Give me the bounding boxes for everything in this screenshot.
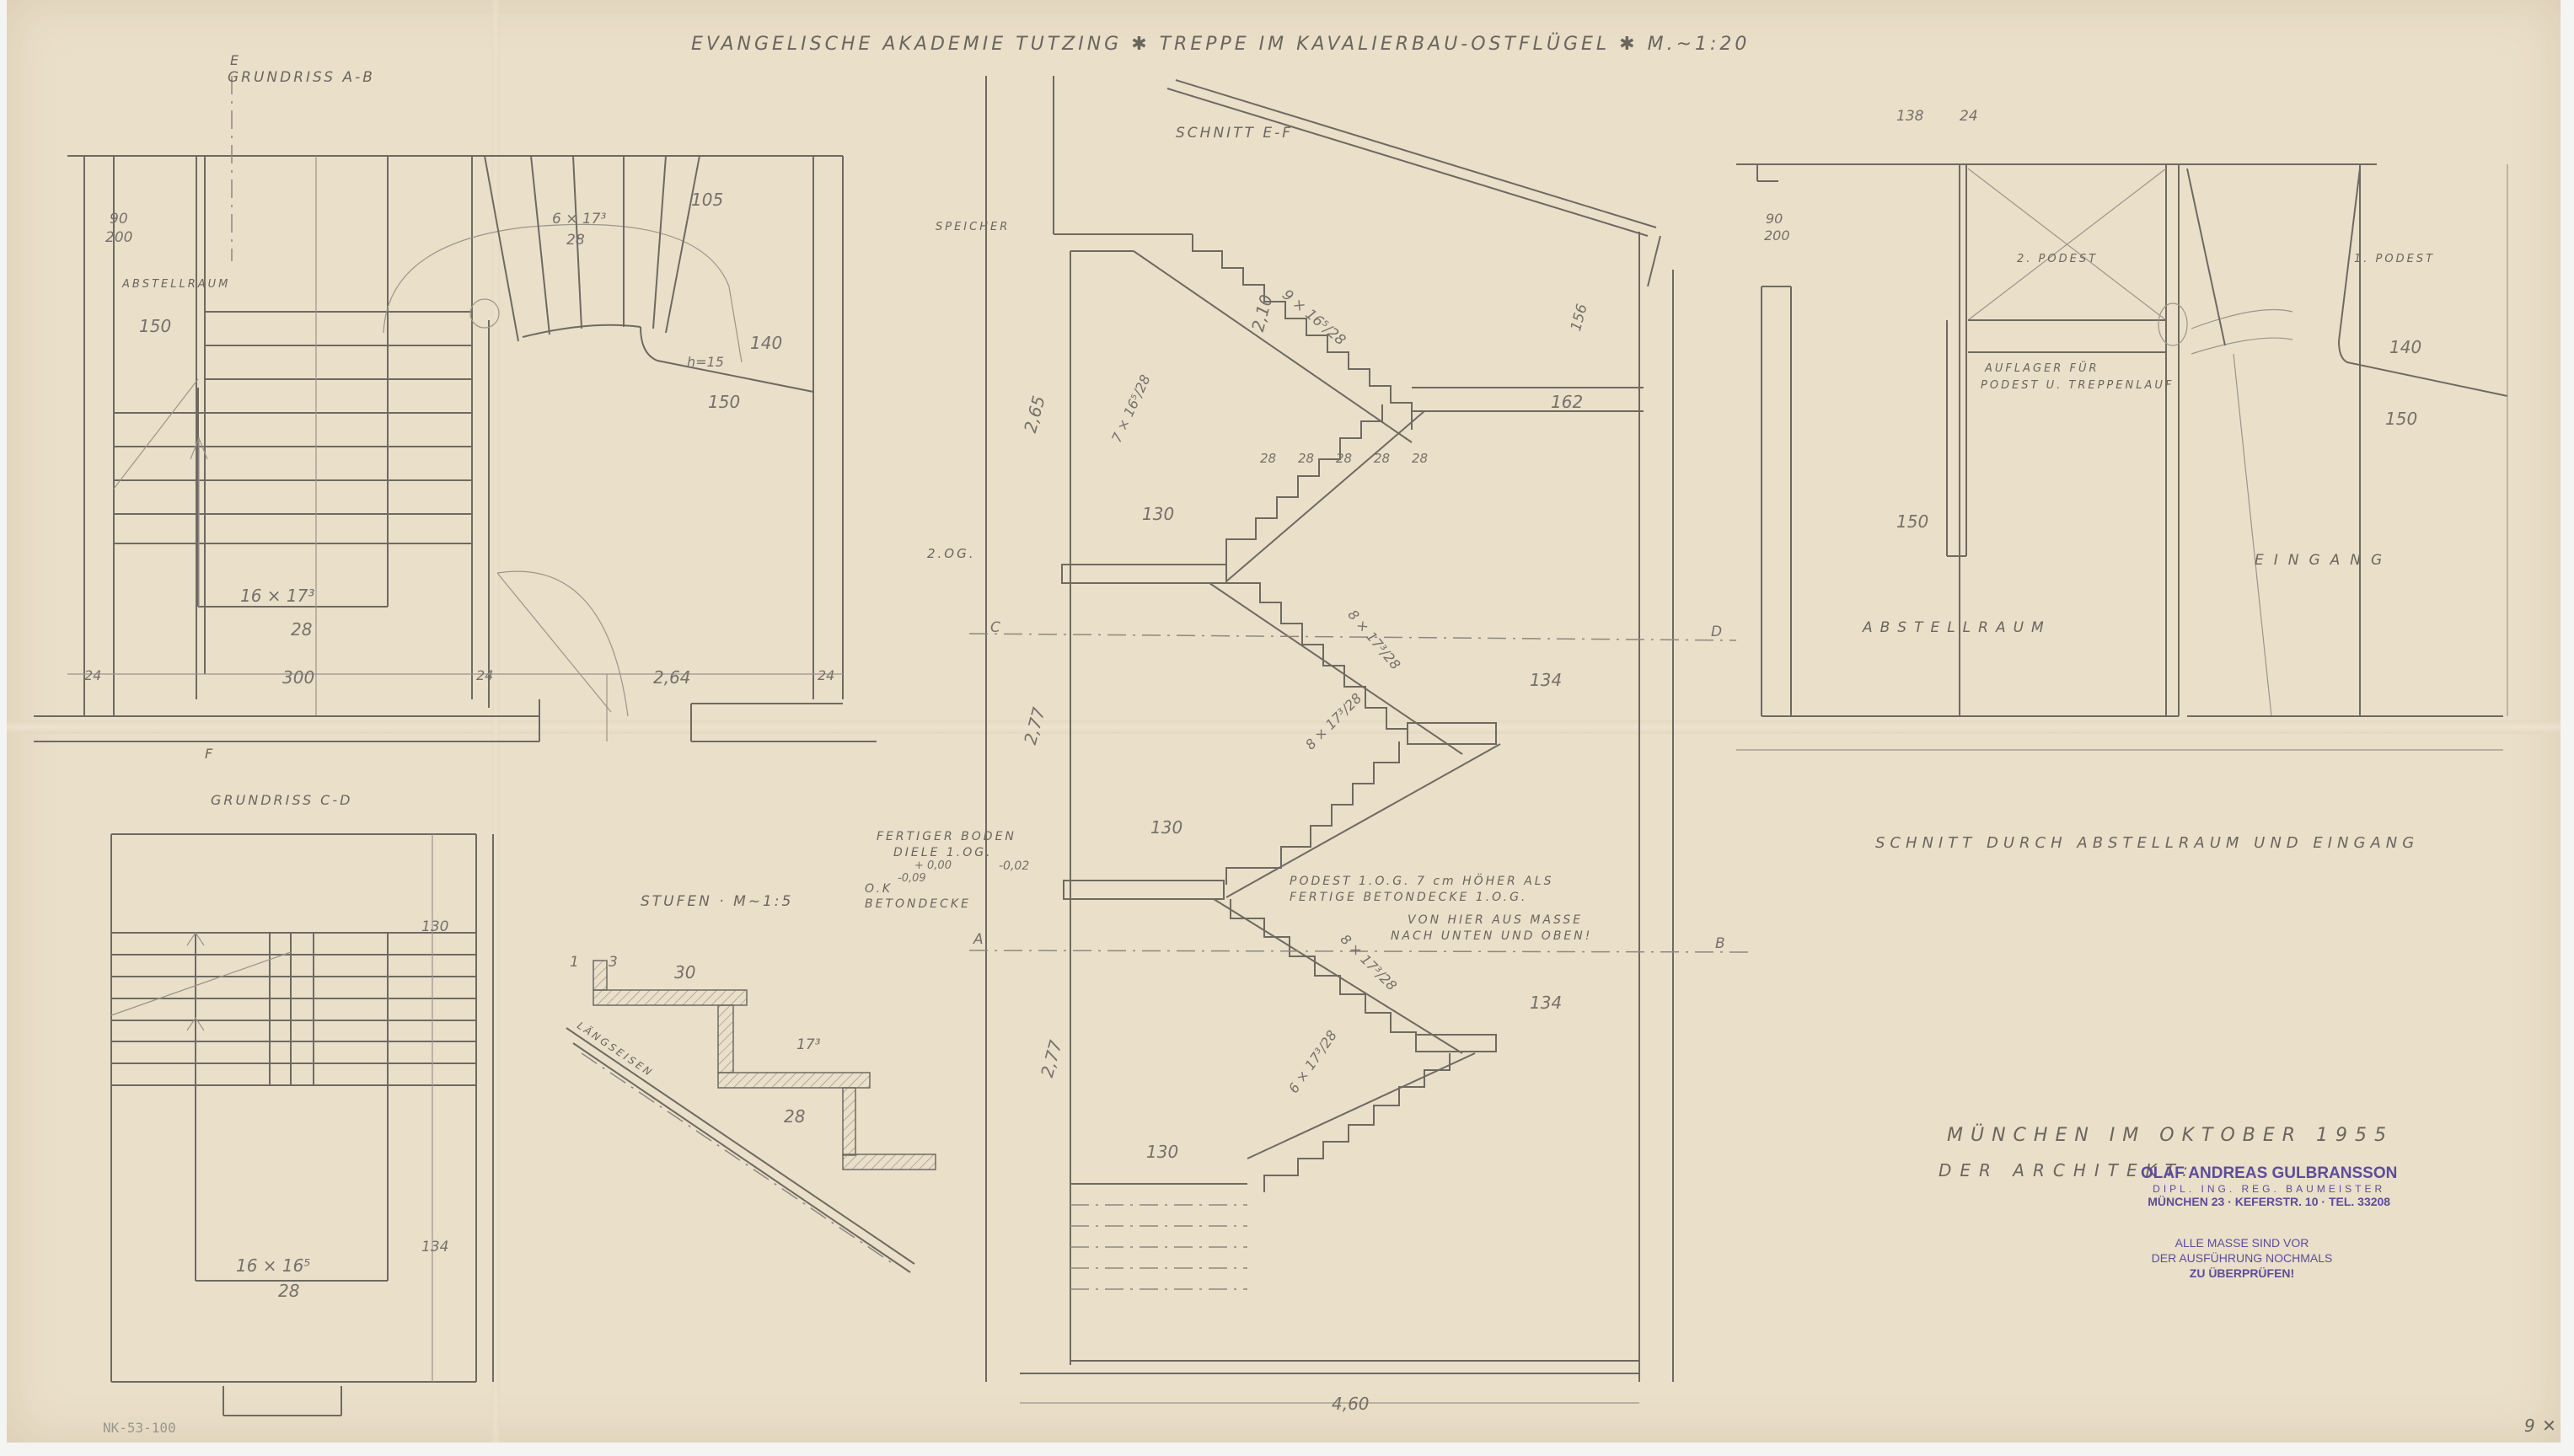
dim-138: 138 (1896, 108, 1923, 125)
dim-130-c: 130 (1146, 1142, 1178, 1162)
dim-300: 300 (282, 667, 314, 688)
dim-28-c: 28 (1336, 451, 1352, 466)
dim-h15: h=15 (687, 354, 724, 370)
view-label-stufen: STUFEN · M~1:5 (641, 893, 793, 910)
section-marker-a: A (973, 931, 984, 948)
auflager-note-2: PODEST U. TREPPENLAUF (1981, 379, 2174, 392)
stamp-architect-address: MÜNCHEN 23 · KEFERSTR. 10 · TEL. 33208 (2141, 1195, 2397, 1208)
notice-line-3: ZU ÜBERPRÜFEN! (2137, 1266, 2347, 1281)
notice-line-1: ALLE MASSE SIND VOR (2137, 1235, 2347, 1250)
dim-90: 90 (110, 211, 128, 227)
dim-130-b: 130 (1150, 817, 1182, 838)
view-label-schnitt-ef: SCHNITT E-F (1176, 125, 1293, 142)
notice-stamp: ALLE MASSE SIND VOR DER AUSFÜHRUNG NOCHM… (2137, 1235, 2347, 1281)
dim-28-e: 28 (1412, 451, 1428, 466)
dim-150-r1: 150 (2385, 409, 2417, 429)
level-minus-009: -0,09 (898, 872, 926, 885)
dim-28-a: 28 (1260, 451, 1276, 466)
floor-note-1: FERTIGER BODEN (877, 830, 1016, 843)
dim-460: 4,60 (1332, 1394, 1370, 1414)
stair-note-cd: 16 × 16⁵ (236, 1255, 310, 1276)
section-marker-b: B (1715, 935, 1725, 952)
dim-30: 30 (674, 962, 695, 982)
section-marker-c: C (990, 619, 1000, 636)
dim-200-r: 200 (1764, 227, 1790, 244)
stamp-architect-title: DIPL. ING. REG. BAUMEISTER (2141, 1183, 2397, 1195)
dim-150-right: 150 (708, 392, 740, 412)
drawing-title: EVANGELISCHE AKADEMIE TUTZING ✱ TREPPE I… (691, 34, 1750, 55)
dim-130-cd: 130 (421, 918, 448, 935)
winder-tread: 28 (566, 232, 585, 249)
room-label-abstellraum-2: ABSTELLRAUM (1863, 619, 2051, 636)
place-date: MÜNCHEN IM OKTOBER 1955 (1947, 1125, 2394, 1146)
schnitt-ef-section (969, 76, 1753, 1403)
label-2-podest: 2. PODEST (2017, 253, 2098, 265)
section-marker-f: F (205, 746, 215, 762)
stufen-detail (566, 961, 936, 1272)
section-marker-e: E (230, 52, 241, 68)
dim-28-b: 28 (1298, 451, 1314, 466)
dim-28-d: 28 (1374, 451, 1390, 466)
corner-mark: 9 ✕ (2524, 1416, 2557, 1436)
room-label-abstellraum: ABSTELLRAUM (122, 278, 230, 291)
dim-150-r2: 150 (1896, 511, 1928, 532)
dim-1: 1 (570, 954, 579, 971)
level-speicher: SPEICHER (936, 221, 1010, 233)
view-label-grundriss-ab: GRUNDRISS A-B (228, 69, 375, 86)
podest-note-1: PODEST 1.O.G. 7 cm HÖHER ALS (1290, 875, 1554, 888)
floor-note-2: DIELE 1.OG. (893, 846, 993, 859)
dim-3: 3 (609, 954, 618, 971)
dim-264: 2,64 (653, 667, 691, 688)
podest-note-2: FERTIGE BETONDECKE 1.O.G. (1290, 891, 1527, 904)
dim-24-a: 24 (84, 667, 101, 683)
view-label-grundriss-cd: GRUNDRISS C-D (211, 792, 352, 808)
room-label-eingang: EINGANG (2255, 552, 2392, 569)
stair-tread-cd: 28 (278, 1281, 299, 1301)
dim-162: 162 (1551, 392, 1583, 412)
dim-134-cd: 134 (421, 1239, 448, 1255)
section-marker-d: D (1711, 624, 1722, 640)
stair-note-ab: 16 × 17³ (240, 586, 314, 606)
level-plus-000: + 0,00 (914, 859, 952, 872)
view-label-schnitt-abstellraum: SCHNITT DURCH ABSTELLRAUM UND EINGANG (1875, 834, 2419, 852)
level-2og: 2.OG. (927, 546, 976, 561)
dim-24-top-a: 24 (1960, 108, 1978, 125)
dim-130-a: 130 (1142, 504, 1174, 524)
dim-24-c: 24 (818, 667, 834, 683)
dim-173: 17³ (796, 1036, 820, 1053)
winder-note: 6 × 17³ (552, 211, 606, 227)
dim-105: 105 (691, 190, 723, 210)
dim-134-a: 134 (1530, 670, 1562, 690)
archive-mark: NK-53-100 (103, 1420, 176, 1436)
dim-24-b: 24 (476, 667, 493, 683)
dim-140-r: 140 (2389, 337, 2421, 357)
dim-134-b: 134 (1530, 993, 1562, 1013)
dim-140: 140 (750, 333, 782, 353)
stair-tread-ab: 28 (291, 619, 312, 640)
podest-note-3: VON HIER AUS MASSE (1408, 913, 1583, 927)
level-minus-002: -0,02 (999, 859, 1029, 873)
grundriss-ab-plan (34, 76, 877, 741)
dim-150-left: 150 (139, 316, 171, 336)
dim-90-r: 90 (1766, 211, 1783, 227)
stamp-architect-name: OLAF ANDREAS GULBRANSSON (2141, 1164, 2397, 1183)
ok-note-2: BETONDECKE (865, 897, 971, 911)
label-1-podest: 1. PODEST (2354, 253, 2435, 265)
auflager-note-1: AUFLAGER FÜR (1985, 362, 2099, 375)
notice-line-2: DER AUSFÜHRUNG NOCHMALS (2137, 1250, 2347, 1266)
dim-200: 200 (105, 229, 132, 246)
dim-28-stufen: 28 (784, 1106, 805, 1127)
podest-note-4: NACH UNTEN UND OBEN! (1391, 929, 1592, 943)
architect-stamp: OLAF ANDREAS GULBRANSSON DIPL. ING. REG.… (2141, 1164, 2397, 1208)
ok-note-1: O.K (865, 882, 893, 896)
